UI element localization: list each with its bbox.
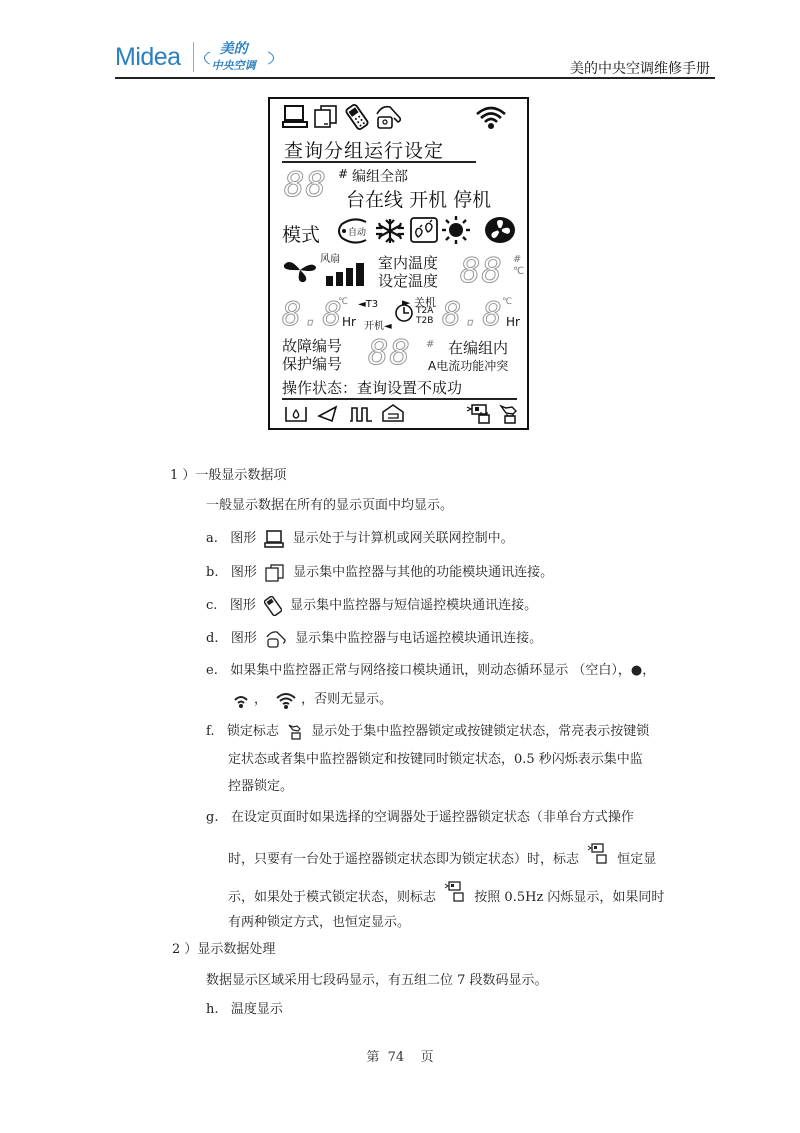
fan-blade-icon bbox=[282, 257, 318, 283]
t2-labels: T2A T2B bbox=[416, 306, 433, 326]
telephone-icon bbox=[265, 630, 287, 648]
midea-logo: Midea 美的 中央空调 bbox=[115, 40, 276, 74]
module-icon bbox=[265, 564, 285, 582]
celsius-unit: ℃ bbox=[513, 266, 524, 278]
item-a-text: 显示处于与计算机或网关联网控制中。 bbox=[293, 531, 514, 546]
timer-left-hr: Hr bbox=[342, 315, 356, 329]
auto-mode-icon: 自动 bbox=[336, 218, 372, 244]
item-d-text: 显示集中监控器与电话遥控模块通讯连接。 bbox=[295, 631, 542, 646]
item-g-text: 在设定页面时如果选择的空调器处于遥控器锁定状态（非单台方式操作 bbox=[231, 810, 634, 825]
fault-code-label: 故障编号 bbox=[282, 337, 342, 355]
section-2-heading: 2 ）显示数据处理 bbox=[172, 938, 275, 957]
item-b-marker: b. bbox=[206, 565, 218, 580]
in-group-label: 在编组内 bbox=[448, 337, 508, 358]
status-divider bbox=[282, 398, 517, 400]
t3-label: ◄T3 bbox=[358, 299, 378, 310]
telephone-icon bbox=[374, 104, 404, 130]
fan-mode-icon bbox=[484, 216, 516, 244]
item-c-text: 显示集中监控器与短信遥控模块通讯连接。 bbox=[290, 598, 537, 613]
item-b: b. 图形 显示集中监控器与其他的功能模块通讯连接。 bbox=[206, 561, 553, 582]
code-labels: 故障编号 保护编号 bbox=[282, 337, 342, 373]
key-lock-icon bbox=[498, 403, 520, 425]
fresh-air-icon bbox=[380, 403, 406, 423]
group-hash: # bbox=[338, 167, 348, 181]
logo-cn: 美的 中央空调 bbox=[204, 40, 276, 74]
item-g-text-4: 示，如果处于模式锁定状态，则标志 bbox=[228, 890, 436, 905]
cool-snowflake-icon bbox=[374, 217, 406, 245]
item-c: c. 图形 显示集中监控器与短信遥控模块通讯连接。 bbox=[206, 594, 537, 616]
online-label: 在线 bbox=[365, 189, 403, 211]
dry-icon bbox=[410, 217, 438, 243]
item-g-line4: 有两种锁定方式，也恒定显示。 bbox=[228, 911, 410, 930]
current-conflict-label: A电流功能冲突 bbox=[428, 357, 508, 374]
item-a: a. 图形 显示处于与计算机或网关联网控制中。 bbox=[206, 527, 514, 548]
t2a-label: T2A bbox=[416, 306, 433, 316]
item-c-pre: 图形 bbox=[230, 598, 256, 613]
lcd-page-title: 查询分组运行设定 bbox=[284, 136, 444, 163]
temp-unit-hash: # bbox=[513, 254, 524, 266]
logo-brand: Midea bbox=[115, 42, 181, 72]
item-e-line2: ， ，否则无显示。 bbox=[228, 688, 392, 709]
item-f-marker: f. bbox=[206, 724, 214, 739]
item-f-line3: 控器锁定。 bbox=[228, 775, 293, 794]
item-e-text-2: ，否则无显示。 bbox=[301, 692, 392, 707]
page-prefix: 第 bbox=[366, 1050, 379, 1065]
page-suffix: 页 bbox=[421, 1050, 434, 1065]
item-e-sep: ， bbox=[254, 692, 267, 707]
temperature-segment: 88 bbox=[460, 251, 503, 291]
item-a-marker: a. bbox=[206, 531, 218, 546]
item-g-text-5: 按照 0.5Hz 闪烁显示，如果同时 bbox=[474, 890, 664, 905]
item-b-text: 显示集中监控器与其他的功能模块通讯连接。 bbox=[293, 565, 553, 580]
logo-cn-bottom: 中央空调 bbox=[212, 57, 256, 73]
svg-text:自动: 自动 bbox=[348, 226, 366, 238]
item-g-text-2: 时，只要有一台处于遥控器锁定状态即为锁定状态）时，标志 bbox=[228, 852, 579, 867]
key-lock-icon bbox=[287, 723, 303, 741]
temp-labels: 室内温度 设定温度 bbox=[378, 254, 438, 290]
item-b-pre: 图形 bbox=[231, 565, 257, 580]
mobile-phone-icon bbox=[344, 104, 370, 130]
off-label: 停机 bbox=[453, 189, 491, 211]
section-1-intro: 一般显示数据在所有的显示页面中均显示。 bbox=[206, 494, 453, 513]
on-label: 开机 bbox=[409, 189, 447, 211]
op-status-value: 查询设置不成功 bbox=[357, 379, 462, 397]
fan-speed-bars-icon bbox=[326, 261, 370, 287]
remote-lock-icon bbox=[587, 843, 609, 867]
temp-unit: # ℃ bbox=[513, 254, 524, 278]
mobile-phone-icon bbox=[264, 596, 282, 616]
header-divider bbox=[115, 77, 715, 79]
indoor-temp-label: 室内温度 bbox=[378, 254, 438, 272]
set-temp-label: 设定温度 bbox=[378, 272, 438, 290]
page-footer: 第 74 页 bbox=[0, 1046, 800, 1065]
operation-status: 操作状态：查询设置不成功 bbox=[282, 377, 462, 398]
water-tank-icon bbox=[284, 405, 308, 423]
t2b-label: T2B bbox=[416, 316, 433, 326]
unit-label: 台 bbox=[346, 189, 365, 211]
item-e-line1: e. 如果集中监控器正常与网络接口模块通讯，则动态循环显示 （空白），●， bbox=[206, 659, 655, 678]
item-h: h. 温度显示 bbox=[206, 998, 283, 1017]
item-h-text: 温度显示 bbox=[231, 1002, 283, 1017]
timer-right-segment: 8.8 bbox=[442, 295, 503, 333]
swing-icon bbox=[316, 405, 340, 423]
timer-right-hr: Hr bbox=[506, 315, 520, 329]
item-a-pre: 图形 bbox=[230, 531, 256, 546]
item-f-line1: f. 锁定标志 显示处于集中监控器锁定或按键锁定状态，常亮表示按键锁 bbox=[206, 720, 649, 741]
item-h-marker: h. bbox=[206, 1002, 219, 1017]
heater-icon bbox=[348, 405, 374, 423]
item-f-line2: 定状态或者集中监控器锁定和按键同时锁定状态，0.5 秒闪烁表示集中监 bbox=[228, 748, 643, 767]
item-g-line2: 时，只要有一台处于遥控器锁定状态即为锁定状态）时，标志 恒定显 bbox=[228, 843, 656, 867]
item-g-marker: g. bbox=[206, 810, 218, 825]
heat-sun-icon bbox=[440, 215, 472, 245]
item-d-marker: d. bbox=[206, 631, 218, 646]
remote-lock-icon bbox=[466, 403, 492, 425]
signal-small-icon bbox=[232, 692, 250, 708]
item-f-text: 显示处于集中监控器锁定或按键锁定状态，常亮表示按键锁 bbox=[311, 724, 649, 739]
unit-count-segment: 88 bbox=[284, 165, 327, 205]
lcd-display-diagram: 查询分组运行设定 88 # 编组全部 台在线 开机 停机 模式 自动 bbox=[268, 97, 529, 430]
timer-left-celsius: ℃ bbox=[338, 297, 348, 307]
module-icon bbox=[314, 105, 338, 129]
op-status-label: 操作状态： bbox=[282, 379, 357, 397]
item-f-pre: 锁定标志 bbox=[227, 724, 279, 739]
logo-cn-top: 美的 bbox=[220, 38, 248, 58]
page-number: 74 bbox=[388, 1050, 405, 1065]
protection-code-label: 保护编号 bbox=[282, 355, 342, 373]
computer-icon bbox=[282, 105, 308, 129]
code-segment: 88 bbox=[368, 333, 411, 373]
section-2-intro: 数据显示区域采用七段码显示，有五组二位 7 段数码显示。 bbox=[206, 969, 548, 988]
timer-left-segment: 8.8 bbox=[282, 295, 343, 333]
section-1-heading: 1 ）一般显示数据项 bbox=[170, 464, 286, 483]
remote-lock-icon bbox=[444, 881, 466, 905]
item-d-pre: 图形 bbox=[231, 631, 257, 646]
lcd-title-divider bbox=[282, 161, 476, 163]
item-d: d. 图形 显示集中监控器与电话遥控模块通讯连接。 bbox=[206, 627, 542, 648]
unit-status-labels: 台在线 开机 停机 bbox=[346, 185, 491, 212]
code-hash: # bbox=[426, 339, 434, 350]
manual-title: 美的中央空调维修手册 bbox=[570, 58, 710, 78]
signal-full-icon bbox=[275, 691, 297, 709]
item-c-marker: c. bbox=[206, 598, 217, 613]
item-e-marker: e. bbox=[206, 663, 218, 678]
signal-icon bbox=[474, 104, 508, 130]
logo-divider bbox=[193, 42, 194, 72]
power-on-timer-label: 开机◄ bbox=[364, 317, 392, 332]
mode-label: 模式 bbox=[282, 220, 320, 247]
timer-right-celsius: ℃ bbox=[502, 297, 512, 307]
item-g-line1: g. 在设定页面时如果选择的空调器处于遥控器锁定状态（非单台方式操作 bbox=[206, 806, 634, 825]
item-e-text: 如果集中监控器正常与网络接口模块通讯，则动态循环显示 （空白），●， bbox=[230, 663, 655, 678]
item-g-line3: 示，如果处于模式锁定状态，则标志 按照 0.5Hz 闪烁显示，如果同时 bbox=[228, 881, 664, 905]
page-header: Midea 美的 中央空调 美的中央空调维修手册 bbox=[115, 36, 715, 78]
computer-icon bbox=[264, 530, 284, 548]
group-all-label: 编组全部 bbox=[352, 166, 408, 186]
item-g-text-3: 恒定显 bbox=[617, 852, 656, 867]
